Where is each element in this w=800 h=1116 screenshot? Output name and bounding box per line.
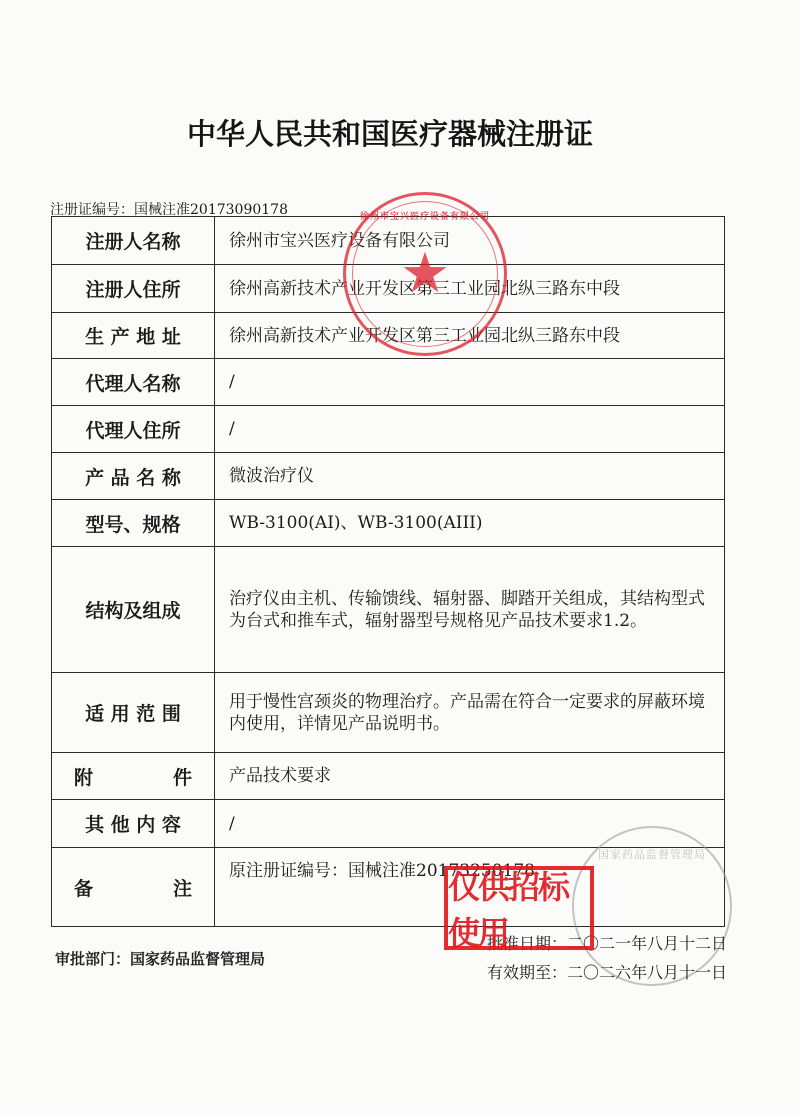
value-cell: / xyxy=(215,800,725,848)
value-cell: 产品技术要求 xyxy=(215,753,725,800)
table-row-remarks: 备 注 原注册证编号：国械注准20173250178 xyxy=(52,848,725,927)
label-cell: 生 产 地 址 xyxy=(52,313,215,359)
value-cell: 徐州高新技术产业开发区第三工业园北纵三路东中段 xyxy=(215,313,725,359)
label-cell: 产 品 名 称 xyxy=(52,453,215,500)
valid-until-date: 有效期至：二〇二六年八月十一日 xyxy=(487,960,727,983)
table-row-registrant-address: 注册人住所 徐州高新技术产业开发区第三工业园北纵三路东中段 xyxy=(52,265,725,313)
label-cell: 其 他 内 容 xyxy=(52,800,215,848)
label-cell: 型号、规格 xyxy=(52,500,215,547)
label-right-char: 注 xyxy=(173,874,192,901)
label-left-char: 附 xyxy=(74,763,93,790)
certificate-title: 中华人民共和国医疗器械注册证 xyxy=(0,112,780,153)
approval-date: 批准日期：二〇二一年八月十二日 xyxy=(487,931,727,954)
value-cell: 用于慢性宫颈炎的物理治疗。产品需在符合一定要求的屏蔽环境内使用，详情见产品说明书… xyxy=(215,673,725,753)
label-cell: 附 件 xyxy=(52,753,215,800)
label-cell: 注册人名称 xyxy=(52,217,215,265)
value-cell: 微波治疗仪 xyxy=(215,453,725,500)
table-row-production-address: 生 产 地 址 徐州高新技术产业开发区第三工业园北纵三路东中段 xyxy=(52,313,725,359)
label-cell: 适 用 范 围 xyxy=(52,673,215,753)
certificate-table: 注册人名称 徐州市宝兴医疗设备有限公司 注册人住所 徐州高新技术产业开发区第三工… xyxy=(51,216,725,927)
label-cell: 结构及组成 xyxy=(52,547,215,673)
label-cell: 注册人住所 xyxy=(52,265,215,313)
value-cell: / xyxy=(215,359,725,406)
label-cell: 代理人住所 xyxy=(52,406,215,453)
value-cell: 治疗仪由主机、传输馈线、辐射器、脚踏开关组成，其结构型式为台式和推车式，辐射器型… xyxy=(215,547,725,673)
table-row-attachment: 附 件 产品技术要求 xyxy=(52,753,725,800)
table-row-agent-address: 代理人住所 / xyxy=(52,406,725,453)
table-row-registrant-name: 注册人名称 徐州市宝兴医疗设备有限公司 xyxy=(52,217,725,265)
table-row-model-spec: 型号、规格 WB-3100(AI)、WB-3100(AIII) xyxy=(52,500,725,547)
approval-department: 审批部门：国家药品监督管理局 xyxy=(55,948,265,969)
value-cell: / xyxy=(215,406,725,453)
value-cell: WB-3100(AI)、WB-3100(AIII) xyxy=(215,500,725,547)
label-cell: 代理人名称 xyxy=(52,359,215,406)
table-row-agent-name: 代理人名称 / xyxy=(52,359,725,406)
label-right-char: 件 xyxy=(173,763,192,790)
table-row-scope: 适 用 范 围 用于慢性宫颈炎的物理治疗。产品需在符合一定要求的屏蔽环境内使用，… xyxy=(52,673,725,753)
label-cell: 备 注 xyxy=(52,848,215,927)
table-row-other: 其 他 内 容 / xyxy=(52,800,725,848)
value-cell: 徐州市宝兴医疗设备有限公司 xyxy=(215,217,725,265)
table-row-product-name: 产 品 名 称 微波治疗仪 xyxy=(52,453,725,500)
value-cell: 徐州高新技术产业开发区第三工业园北纵三路东中段 xyxy=(215,265,725,313)
value-cell: 原注册证编号：国械注准20173250178 xyxy=(215,848,725,927)
table-row-structure: 结构及组成 治疗仪由主机、传输馈线、辐射器、脚踏开关组成，其结构型式为台式和推车… xyxy=(52,547,725,673)
label-left-char: 备 xyxy=(74,874,93,901)
